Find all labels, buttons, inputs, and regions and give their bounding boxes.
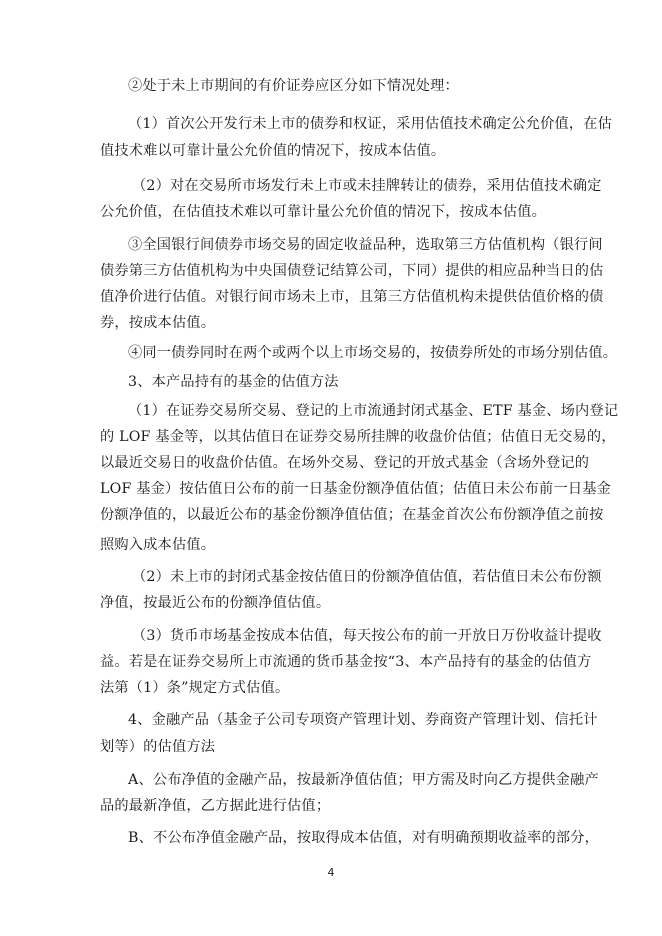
text-line: 照购入成本估值。 (100, 535, 564, 555)
text-line: 品的最新净值，乙方据此进行估值； (100, 796, 564, 816)
text-line: （2）未上市的封闭式基金按估值日的份额净值估值，若估值日未公布份额 (132, 567, 564, 587)
text-line: 4、金融产品（基金子公司专项资产管理计划、券商资产管理计划、信托计 (128, 710, 564, 730)
text-line: B、不公布净值金融产品，按取得成本估值，对有明确预期收益率的部分， (128, 828, 564, 848)
text-line: 券，按成本估值。 (100, 313, 564, 333)
text-line: A、公布净值的金融产品，按最新净值估值；甲方需及时向乙方提供金融产 (128, 770, 564, 790)
text-line: 3、本产品持有的基金的估值方法 (128, 372, 564, 392)
text-line: 法第（1）条”规定方式估值。 (100, 678, 564, 698)
text-line: 净值，按最近公布的份额净值估值。 (100, 593, 564, 613)
text-line: ②处于未上市期间的有价证券应区分如下情况处理： (128, 76, 564, 96)
text-line: 值技术难以可靠计量公允价值的情况下，按成本估值。 (100, 141, 564, 161)
text-line: ④同一债券同时在两个或两个以上市场交易的，按债券所处的市场分别估值。 (128, 343, 564, 363)
text-line: 划等）的估值方法 (100, 737, 564, 757)
text-line: LOF 基金）按估值日公布的前一日基金份额净值估值；估值日未公布前一日基金 (100, 479, 564, 499)
text-line: 值净价进行估值。对银行间市场未上市，且第三方估值机构未提供估值价格的债 (100, 287, 564, 307)
text-line: 公允价值，在估值技术难以可靠计量公允价值的情况下，按成本估值。 (100, 202, 564, 222)
text-line: （3）货币市场基金按成本估值，每天按公布的前一开放日万份收益计提收 (132, 626, 564, 646)
page-number: 4 (0, 866, 662, 879)
text-line: 份额净值的，以最近公布的基金份额净值估值；在基金首次公布份额净值之前按 (100, 505, 564, 525)
text-line: （1）在证券交易所交易、登记的上市流通封闭式基金、ETF 基金、场内登记 (128, 401, 564, 421)
text-line: ③全国银行间债券市场交易的固定收益品种，选取第三方估值机构（银行间 (128, 235, 564, 255)
text-line: （1）首次公开发行未上市的债券和权证，采用估值技术确定公允价值，在估 (128, 114, 564, 134)
text-line: 以最近交易日的收盘价估值。在场外交易、登记的开放式基金（含场外登记的 (100, 453, 564, 473)
text-line: 的 LOF 基金等，以其估值日在证券交易所挂牌的收盘价估值；估值日无交易的， (100, 427, 564, 447)
document-page: ②处于未上市期间的有价证券应区分如下情况处理：（1）首次公开发行未上市的债券和权… (0, 0, 662, 936)
text-line: （2）对在交易所市场发行未上市或未挂牌转让的债券，采用估值技术确定 (132, 176, 564, 196)
text-line: 债券第三方估值机构为中央国债登记结算公司，下同）提供的相应品种当日的估 (100, 261, 564, 281)
text-line: 益。若是在证券交易所上市流通的货币基金按“3、本产品持有的基金的估值方 (100, 652, 564, 672)
